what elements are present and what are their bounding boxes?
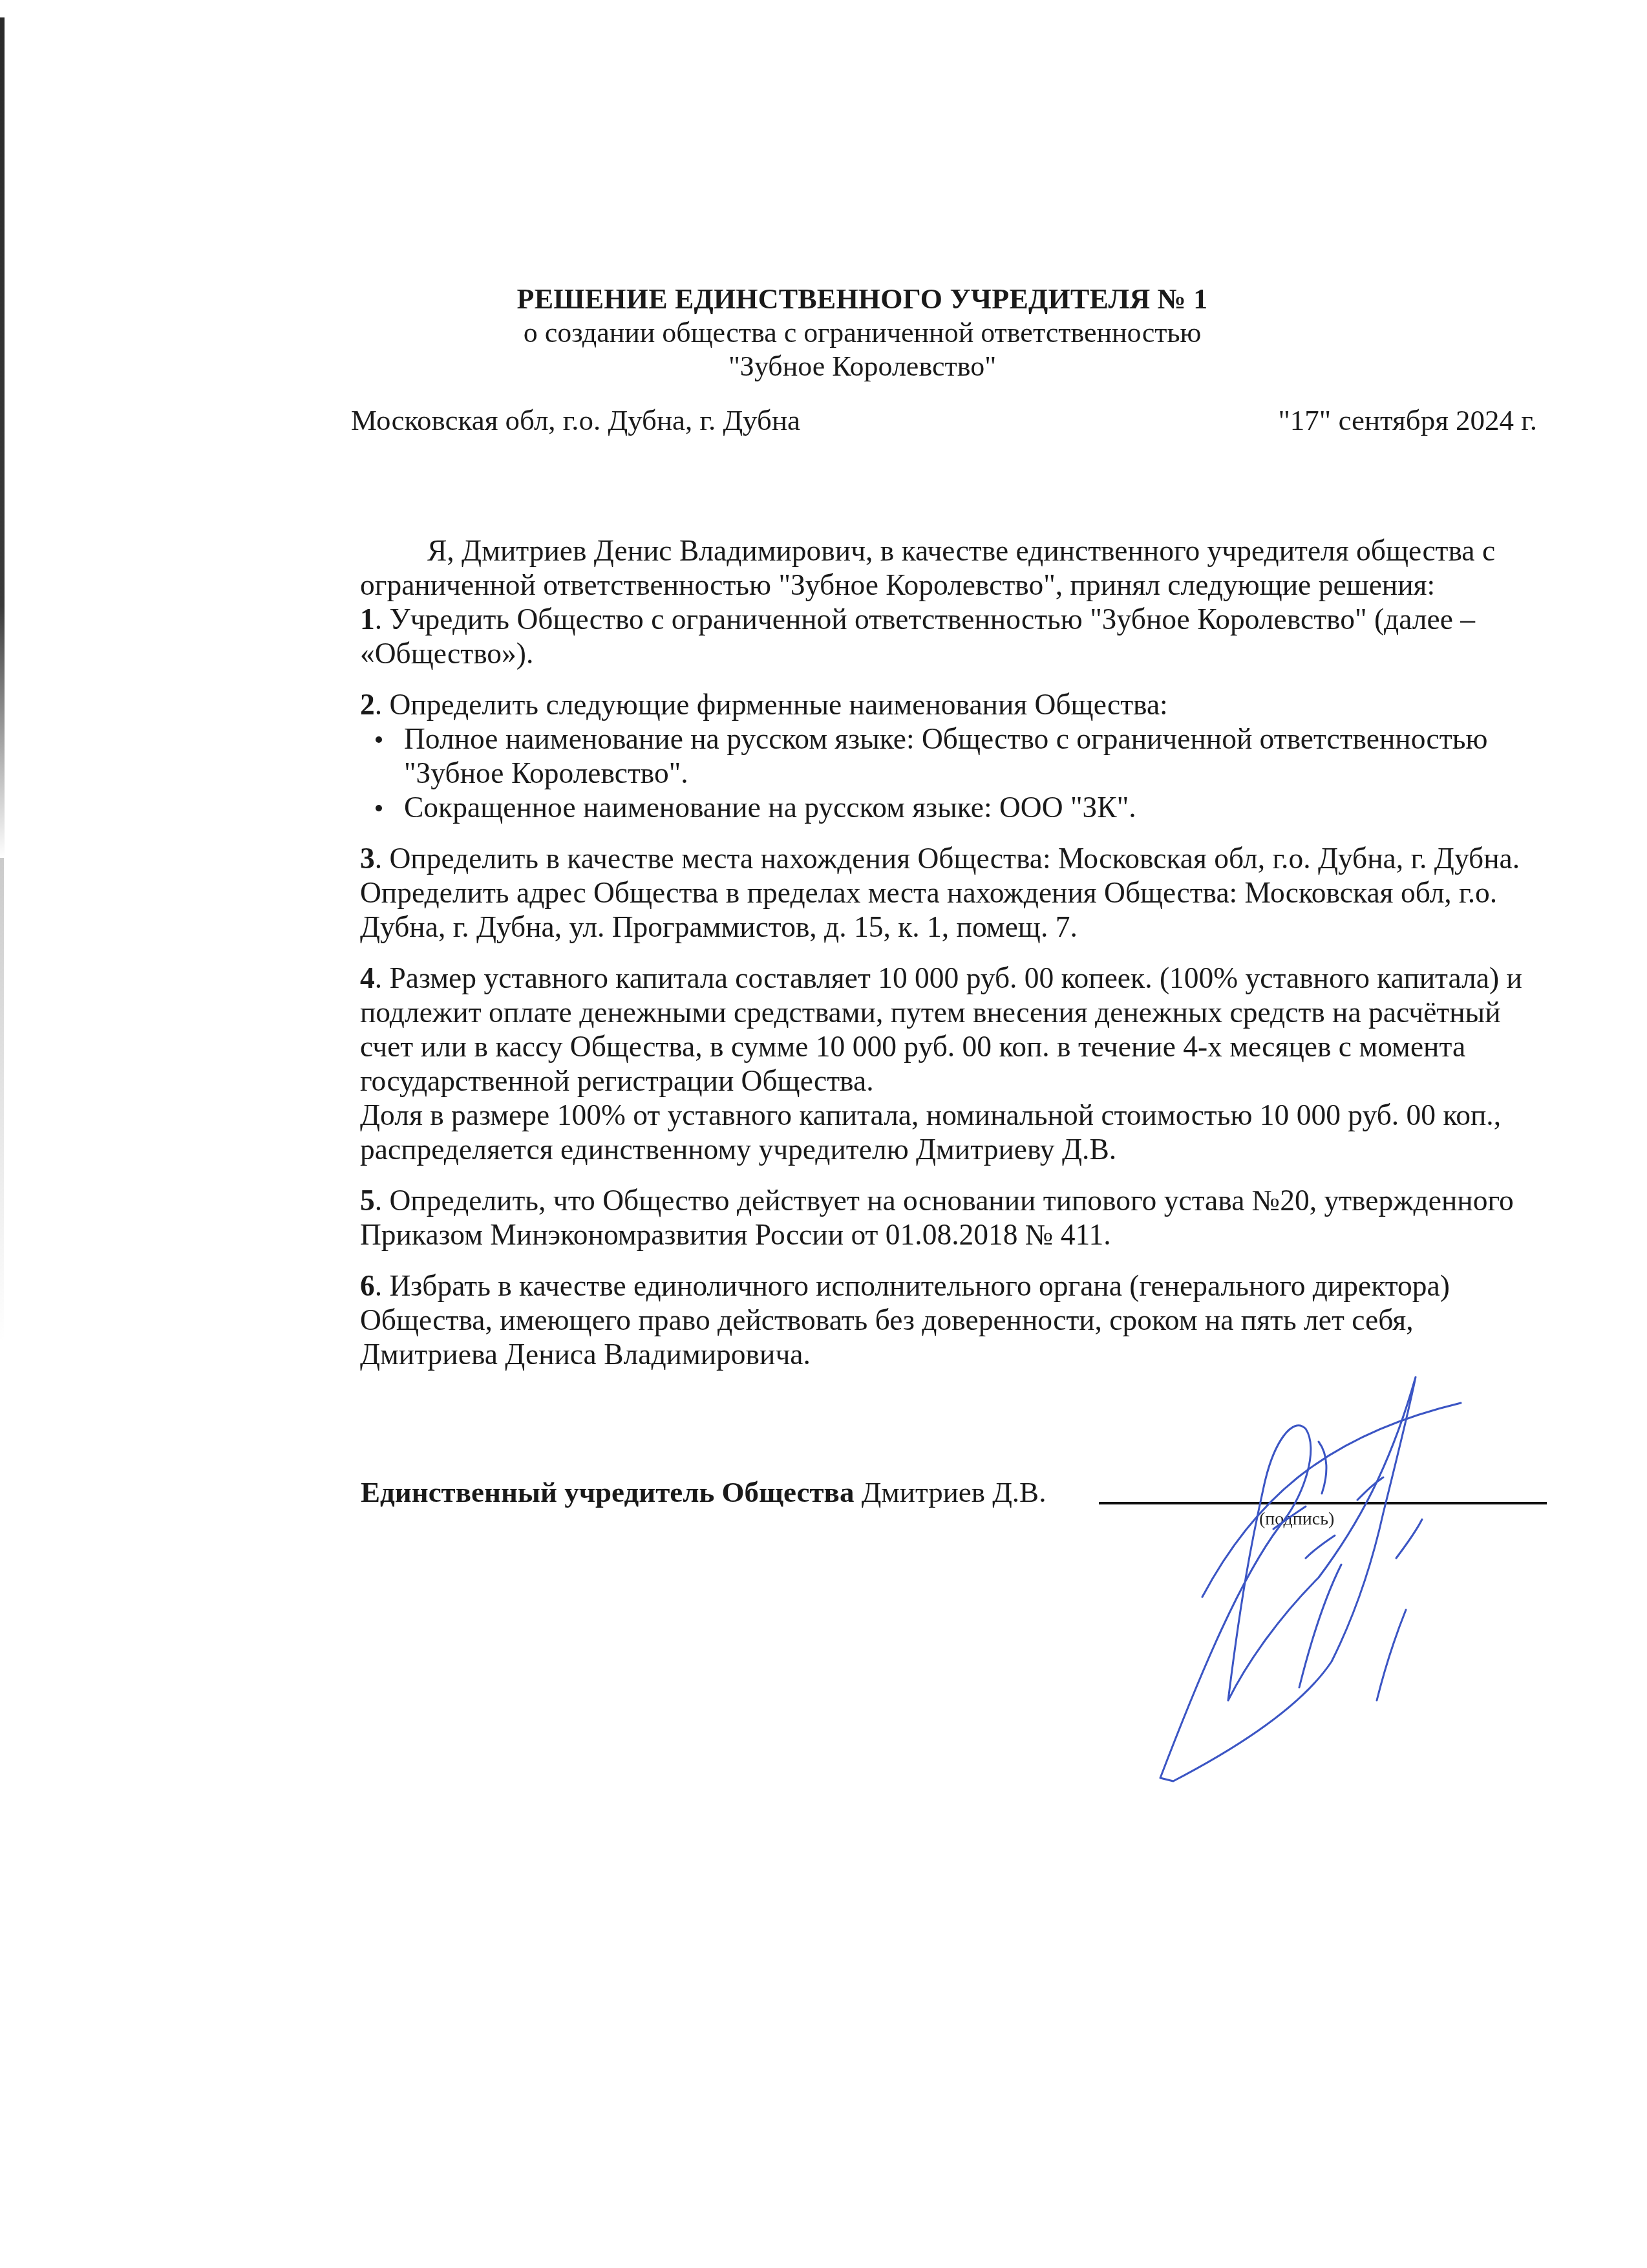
decision-4: 4. Размер уставного капитала составляет … [360,961,1543,1166]
decision-number: 2 [360,688,375,721]
decision-number: 5 [360,1184,375,1217]
company-names-list: Полное наименование на русском языке: Об… [360,722,1543,824]
list-item-full-name: Полное наименование на русском языке: Об… [404,722,1543,790]
document-body: Я, Дмитриев Денис Владимирович, в качест… [360,533,1543,1371]
decision-text: . Определить в качестве места нахождения… [375,842,1520,875]
document-header: РЕШЕНИЕ ЕДИНСТВЕННОГО УЧРЕДИТЕЛЯ № 1 о с… [0,283,1647,383]
decision-number: 4 [360,961,375,994]
signer-label: Единственный учредитель Общества Дмитрие… [361,1474,1046,1510]
signer-role: Единственный учредитель Общества [361,1476,854,1508]
document-date: "17" сентября 2024 г. [1278,402,1537,438]
decision-3-address: Определить адрес Общества в пределах мес… [360,875,1543,944]
decision-number: 1 [360,603,375,636]
list-item-short-name: Сокращенное наименование на русском язык… [404,790,1543,824]
place-date-row: Московская обл, г.о. Дубна, г. Дубна "17… [351,402,1537,438]
decision-1: 1. Учредить Общество с ограниченной отве… [360,602,1543,670]
decision-text: . Размер уставного капитала составляет 1… [360,961,1522,1097]
signer-name: Дмитриев Д.В. [854,1476,1046,1508]
decision-4-share: Доля в размере 100% от уставного капитал… [360,1098,1543,1166]
handwritten-signature-icon [1112,1364,1513,1784]
decision-number: 3 [360,842,375,875]
company-name: "Зубное Королевство" [78,350,1647,383]
decision-text: . Определить, что Общество действует на … [360,1184,1514,1251]
document-subtitle: о создании общества с ограниченной ответ… [78,316,1647,350]
decision-6: 6. Избрать в качестве единоличного испол… [360,1268,1543,1371]
decision-3: 3. Определить в качестве места нахождени… [360,841,1543,944]
document-title: РЕШЕНИЕ ЕДИНСТВЕННОГО УЧРЕДИТЕЛЯ № 1 [78,283,1647,316]
scan-edge-shadow [0,17,5,858]
decision-text: . Учредить Общество с ограниченной ответ… [360,603,1475,670]
document-place: Московская обл, г.о. Дубна, г. Дубна [351,402,800,438]
decision-2: 2. Определить следующие фирменные наимен… [360,687,1543,824]
decision-text: . Избрать в качестве единоличного исполн… [360,1269,1450,1371]
scan-edge-shadow-fade [0,858,4,1343]
decision-number: 6 [360,1269,375,1302]
decision-text: . Определить следующие фирменные наимено… [375,688,1168,721]
intro-paragraph: Я, Дмитриев Денис Владимирович, в качест… [360,533,1543,602]
decision-5: 5. Определить, что Общество действует на… [360,1183,1543,1252]
